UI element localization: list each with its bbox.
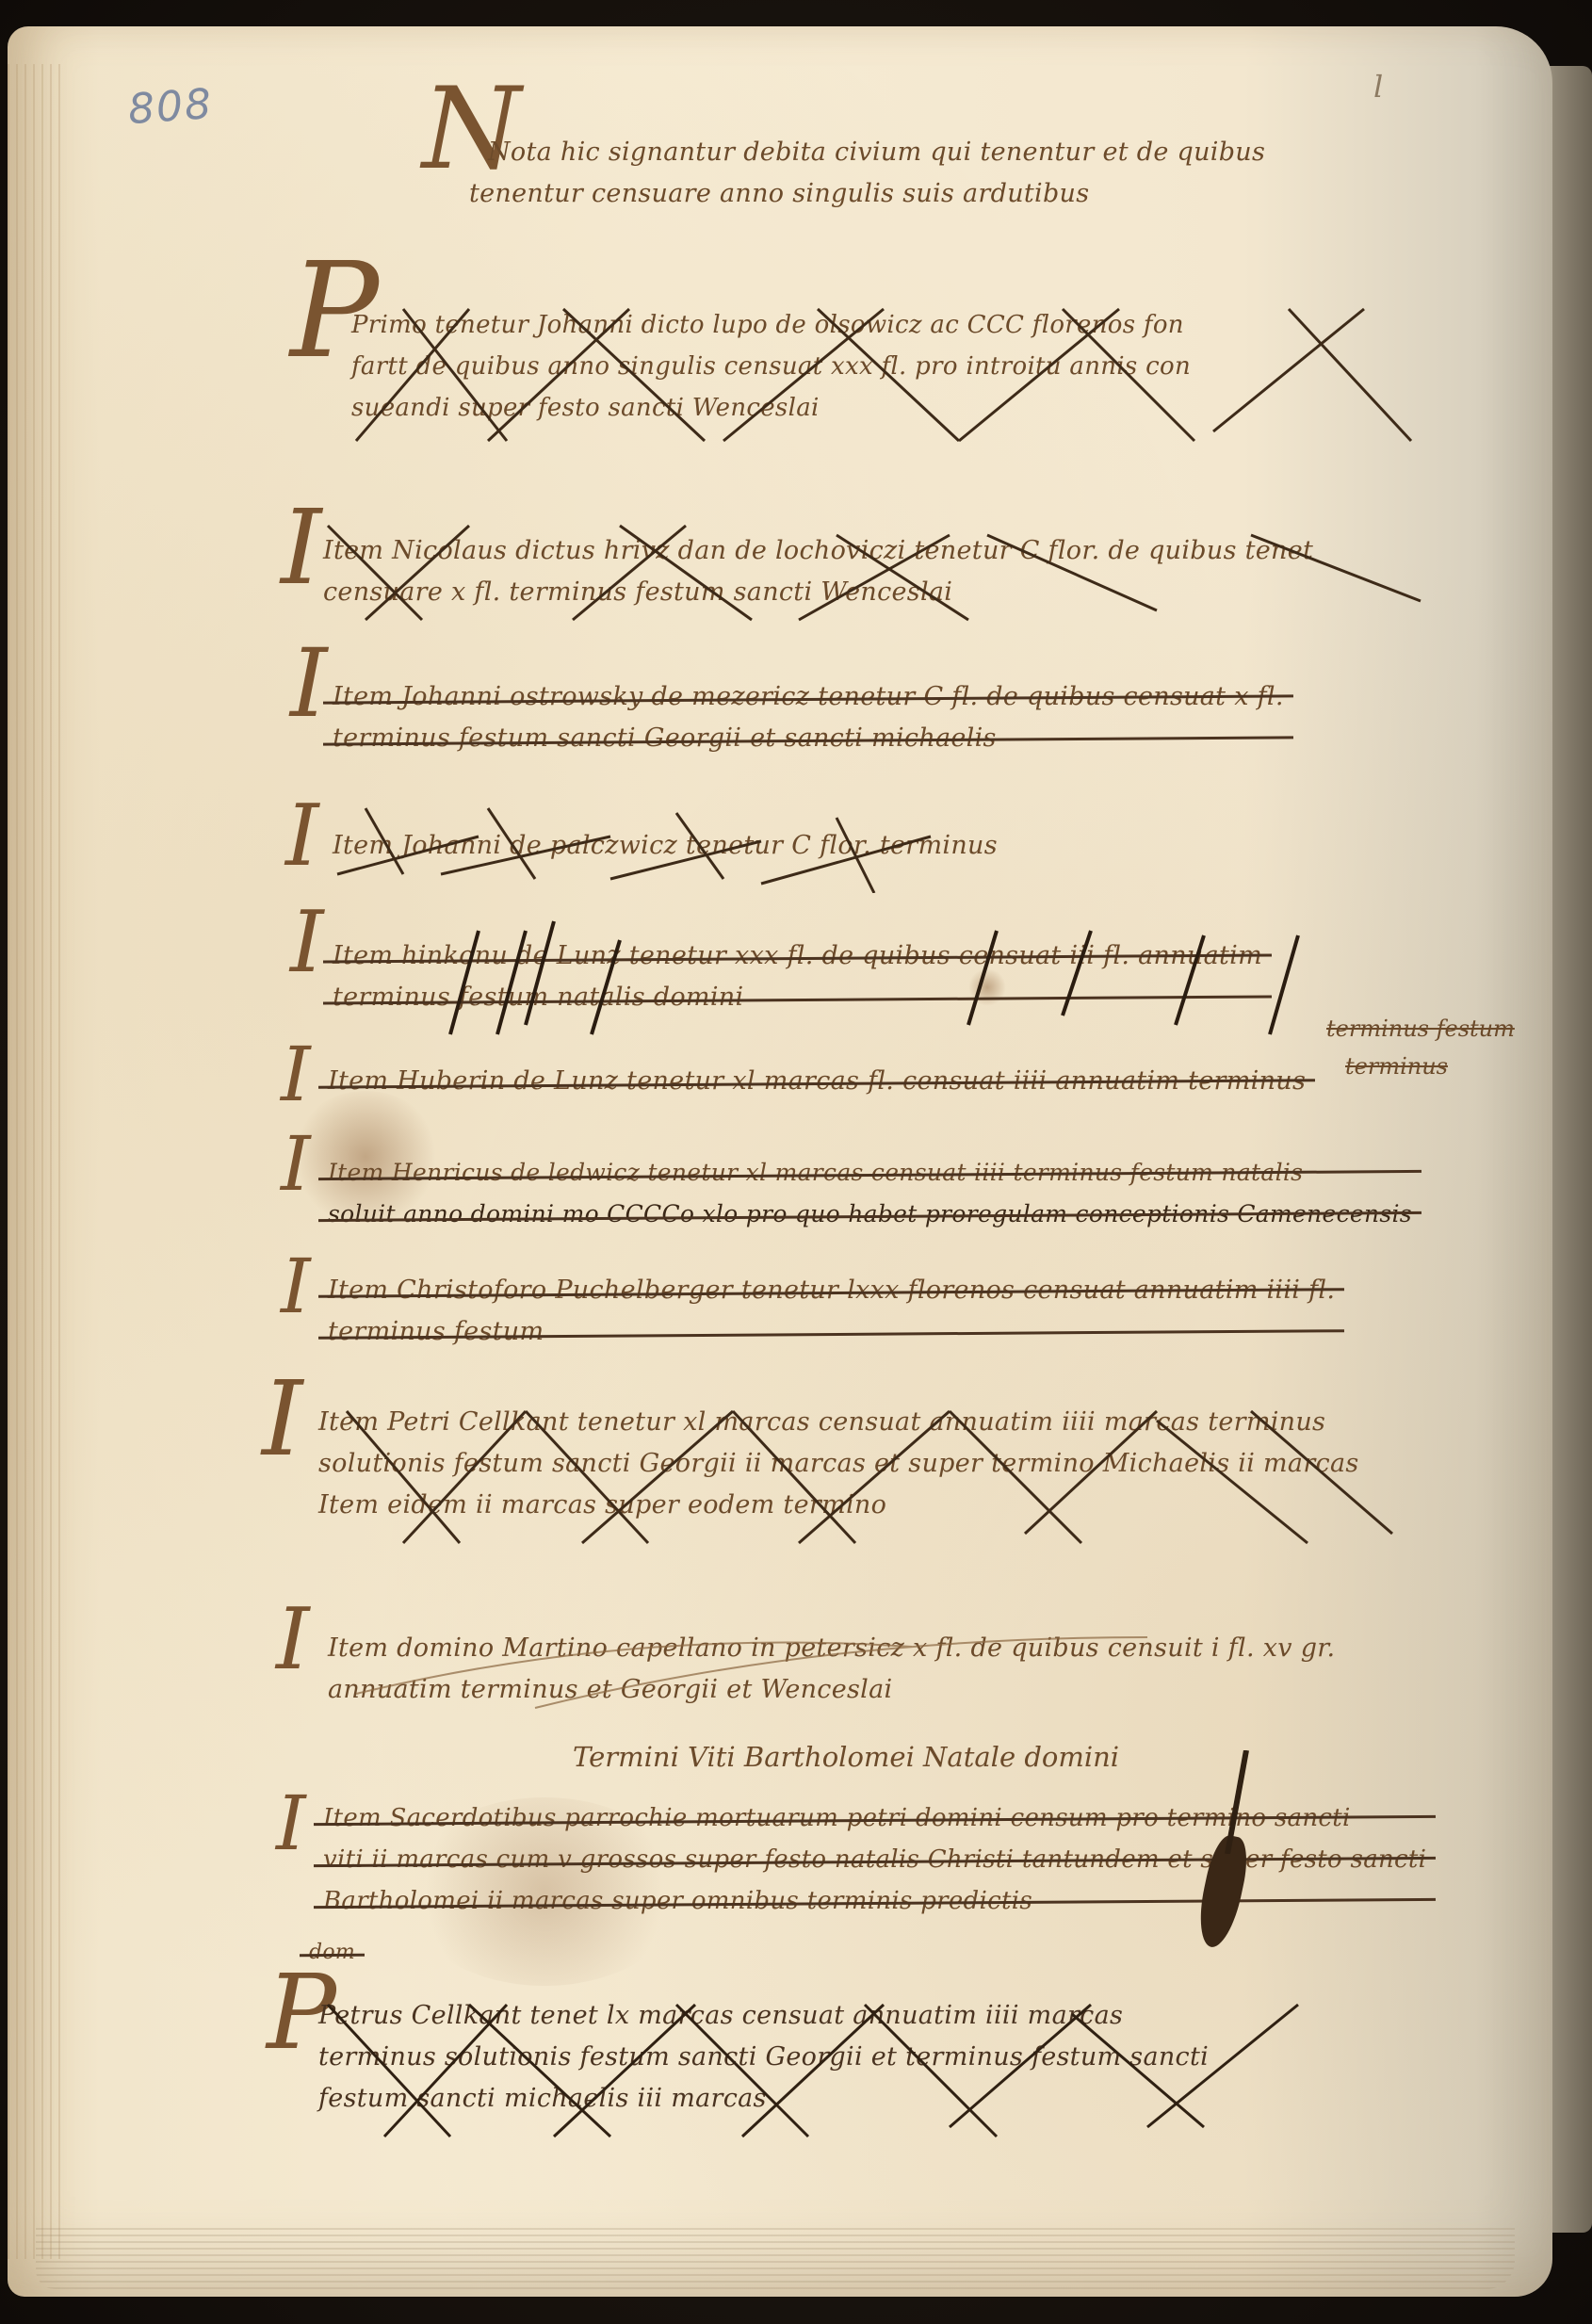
entry-line: Item Nicolaus dictus hrivz dan de lochov… [323,530,1313,572]
heading-line: Nota hic signantur debita civium qui ten… [488,132,1265,173]
entry-line: censuare x fl. terminus festum sancti We… [323,572,1313,613]
entry-3: Item Johanni ostrowsky de mezericz tenet… [333,676,1284,759]
page-left-edge [8,64,64,2259]
heading-line: tenentur censuare anno singulis suis ard… [469,173,1246,215]
entry-initial: I [276,1595,310,1685]
entry-line: terminus festum sancti Georgii et sancti… [333,718,1284,759]
entry-14: Petrus Cellkant tenet lx marcas censuat … [318,1995,1209,2120]
entry-1: Primo tenetur Johanni dicto lupo de olso… [351,304,1191,429]
terms-line: Termini Viti Bartholomei Natale domini [573,1741,1119,1773]
entry-line: fartt de quibus anno singulis censuat xx… [351,346,1191,387]
entry-7: Item Henricus de ledwicz tenetur xl marc… [328,1152,1412,1235]
entry-line: viti ii marcas cum v grossos super festo… [323,1839,1426,1880]
entry-initial: I [281,1242,311,1332]
entry-6: Item Huberin de Lunz tenetur xl marcas f… [328,1061,1306,1102]
entry-initial: I [285,791,319,882]
entry-line: Item Sacerdotibus parrochie mortuarum pe… [323,1797,1426,1839]
entry-12: Item Sacerdotibus parrochie mortuarum pe… [323,1797,1426,1922]
entry-line: Item Huberin de Lunz tenetur xl marcas f… [328,1061,1306,1102]
entry-initial: I [281,502,321,593]
entry-initial: I [290,639,328,729]
entry-initial: I [281,1030,311,1120]
entry-line: sueandi super festo sancti Wenceslai [351,387,1191,429]
entry-line: Item Henricus de ledwicz tenetur xl marc… [328,1152,1412,1194]
entry-line: annuatim terminus et Georgii et Wencesla… [328,1669,1335,1711]
entry-line: Primo tenetur Johanni dicto lupo de olso… [351,304,1191,346]
manuscript-page: 808 l N Nota hic signantur debita civium… [8,26,1552,2297]
entry-line: Item hinkonu de Lunz tenetur xxx fl. de … [333,935,1262,977]
entry-initial: I [276,1779,306,1869]
margin-note: terminus [1345,1053,1448,1080]
margin-note: terminus festum [1326,1016,1515,1042]
entry-line: Bartholomei ii marcas super omnibus term… [323,1880,1426,1922]
entry-line: Petrus Cellkant tenet lx marcas censuat … [318,1995,1209,2037]
entry-line: Item Christoforo Puchelberger tenetur lx… [328,1270,1335,1311]
entry-line: soluit anno domini mo CCCCo xlo pro quo … [328,1194,1412,1235]
heading: Nota hic signantur debita civium qui ten… [488,132,1265,215]
entry-initial: I [262,1373,302,1464]
entry-line: Item Johanni ostrowsky de mezericz tenet… [333,676,1284,718]
entry-line: terminus solutionis festum sancti Georgi… [318,2037,1209,2078]
entry-line: terminus festum [328,1311,1335,1353]
entry-line: Item Petri Cellkant tenetur xl marcas ce… [318,1402,1359,1443]
corner-mark: l [1373,69,1383,105]
entry-10: Item domino Martino capellano in petersi… [328,1628,1335,1711]
entry-2: Item Nicolaus dictus hrivz dan de lochov… [323,530,1313,613]
page-bottom-edge [36,2223,1515,2289]
entry-8: Item Christoforo Puchelberger tenetur lx… [328,1270,1335,1353]
entry-initial: I [290,898,324,988]
entry-4: Item Johanni de palczwicz tenetur C flor… [333,825,998,867]
entry-5: Item hinkonu de Lunz tenetur xxx fl. de … [333,935,1262,1018]
entry-line: terminus festum natalis domini [333,977,1262,1018]
entry-line: Item eidem ii marcas super eodem termino [318,1485,1359,1526]
entry-line: Item domino Martino capellano in petersi… [328,1628,1335,1669]
entry-line: solutionis festum sancti Georgii ii marc… [318,1443,1359,1485]
entry-9: Item Petri Cellkant tenetur xl marcas ce… [318,1402,1359,1526]
entry-line: festum sancti michaelis iii marcas [318,2078,1209,2120]
folio-number: 808 [126,80,214,134]
entry-line: Item Johanni de palczwicz tenetur C flor… [333,825,998,867]
entry-initial: I [281,1119,311,1210]
